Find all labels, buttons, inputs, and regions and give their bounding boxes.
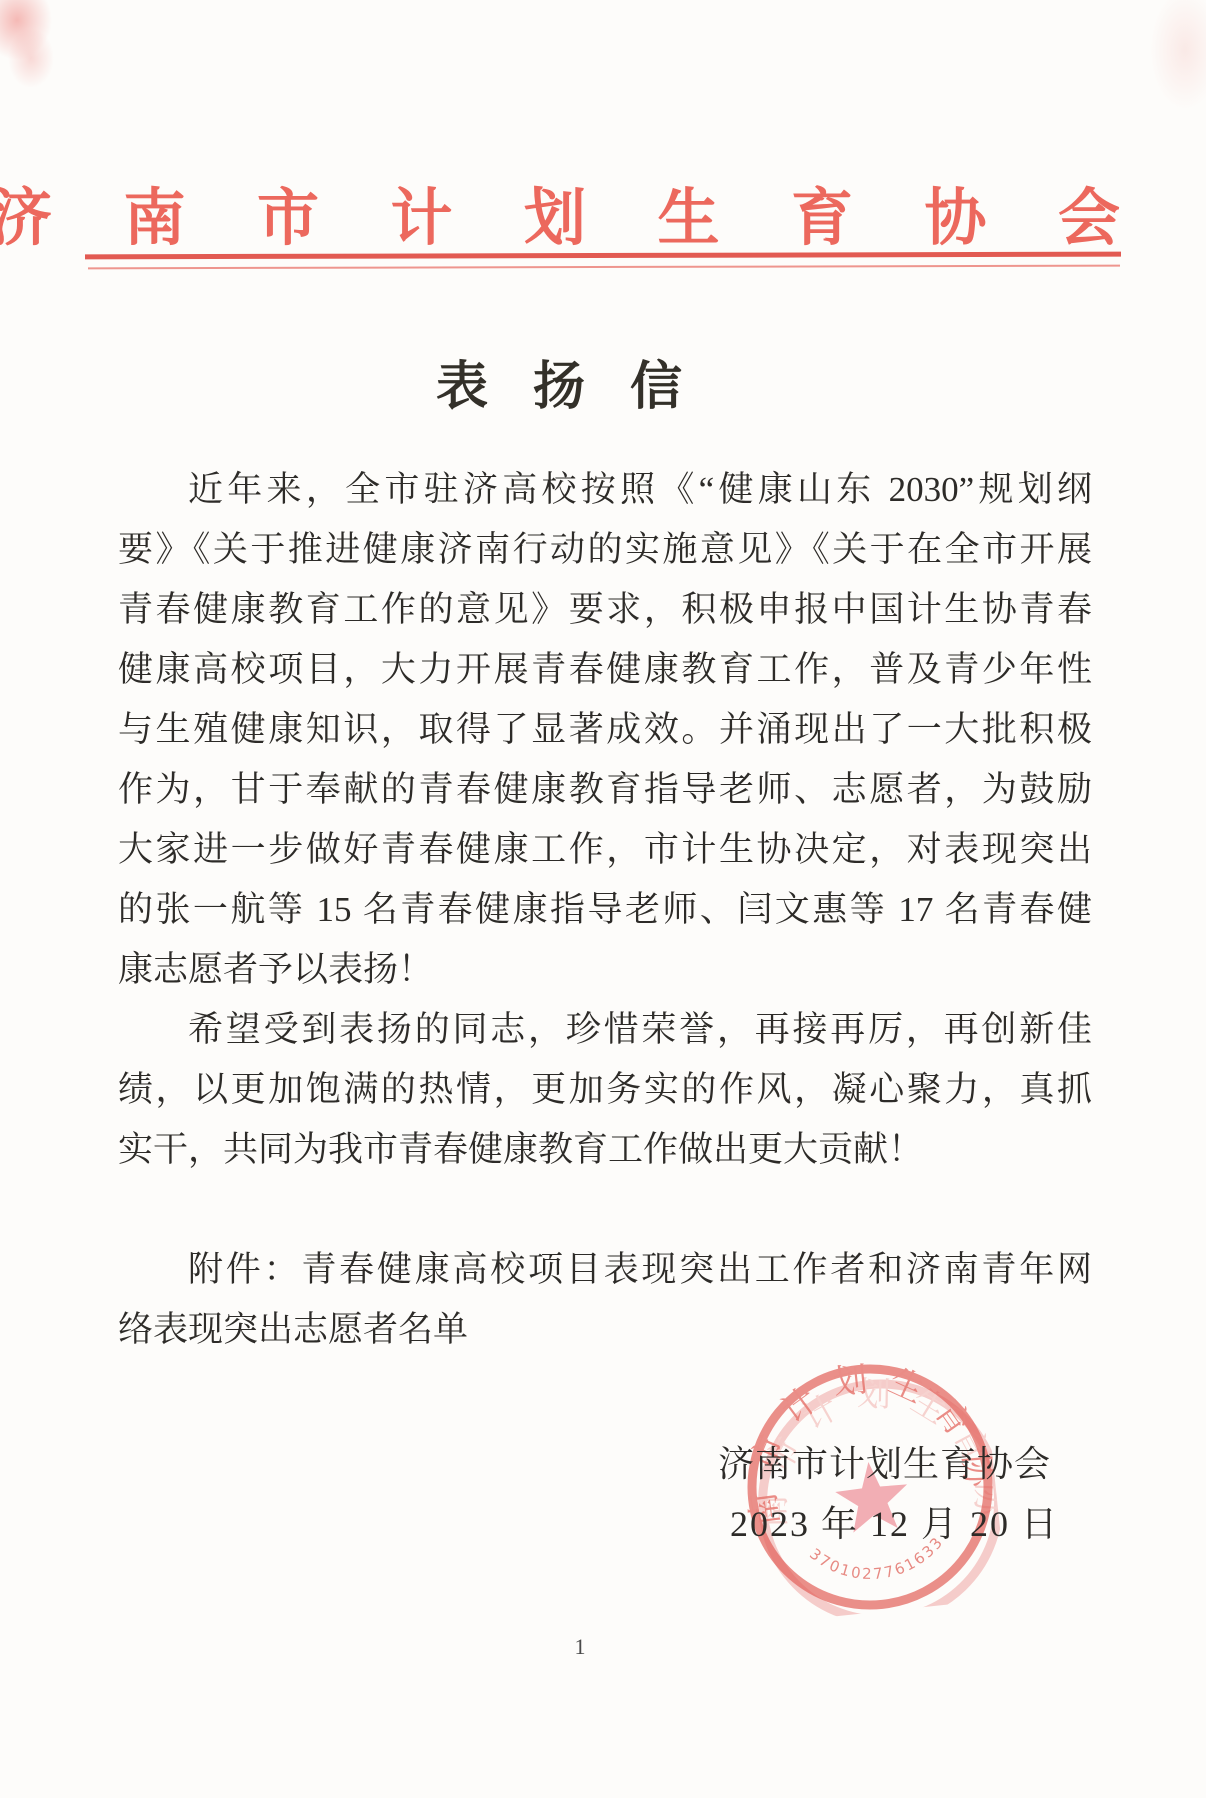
- document-title: 表 扬 信: [0, 344, 1170, 419]
- letter-body: 近年来，全市驻济高校按照《“健康山东 2030”规划纲要》《关于推进健康济南行动…: [118, 460, 1092, 1360]
- attachment-note: 附件：青春健康高校项目表现突出工作者和济南青年网络表现突出志愿者名单: [118, 1240, 1092, 1360]
- body-line: 要》《关于推进健康济南行动的实施意见》《关于在全市开展: [118, 520, 1092, 580]
- letterhead-rule-secondary: [88, 265, 1120, 270]
- body-line: 绩，以更加饱满的热情，更加务实的作风，凝心聚力，真抓: [118, 1060, 1092, 1120]
- body-line: 近年来，全市驻济高校按照《“健康山东 2030”规划纲: [118, 460, 1092, 520]
- scan-smudge: [8, 28, 54, 88]
- body-line: 作为，甘于奉献的青春健康教育指导老师、志愿者，为鼓励: [118, 760, 1092, 820]
- body-line: 健康高校项目，大力开展青春健康教育工作，普及青少年性: [118, 640, 1092, 700]
- paragraph-1: 近年来，全市驻济高校按照《“健康山东 2030”规划纲要》《关于推进健康济南行动…: [118, 460, 1092, 1000]
- body-line: 康志愿者予以表扬！: [118, 940, 1092, 1000]
- body-line: 的张一航等 15 名青春健康指导老师、闫文惠等 17 名青春健: [118, 880, 1092, 940]
- signature-org: 济南市计划生育协会: [718, 1436, 1051, 1487]
- scanned-letter-page: 济 南 市 计 划 生 育 协 会 表 扬 信 近年来，全市驻济高校按照《“健康…: [0, 0, 1206, 1798]
- body-line: 希望受到表扬的同志，珍惜荣誉，再接再厉，再创新佳: [118, 1000, 1092, 1060]
- letterhead-org-name: 济 南 市 计 划 生 育 协 会: [0, 168, 1172, 257]
- body-line: 青春健康教育工作的意见》要求，积极申报中国计生协青春: [118, 580, 1092, 640]
- paragraph-2: 希望受到表扬的同志，珍惜荣誉，再接再厉，再创新佳绩，以更加饱满的热情，更加务实的…: [118, 1000, 1092, 1180]
- body-line: 实干，共同为我市青春健康教育工作做出更大贡献！: [118, 1120, 1092, 1180]
- scan-smudge: [1150, 0, 1206, 110]
- attachment-line: 附件：青春健康高校项目表现突出工作者和济南青年网: [118, 1240, 1092, 1300]
- official-seal-stamp: 济南市计划生育协会 济南市计划生育协会 3701027761633: [733, 1350, 1008, 1625]
- attachment-line: 络表现突出志愿者名单: [118, 1300, 1092, 1360]
- body-line: 大家进一步做好青春健康工作，市计生协决定，对表现突出: [118, 820, 1092, 880]
- signature-date: 2023 年 12 月 20 日: [730, 1496, 1059, 1547]
- page-number: 1: [540, 1634, 620, 1660]
- scan-smudge: [0, 0, 52, 60]
- body-line: 与生殖健康知识，取得了显著成效。并涌现出了一大批积极: [118, 700, 1092, 760]
